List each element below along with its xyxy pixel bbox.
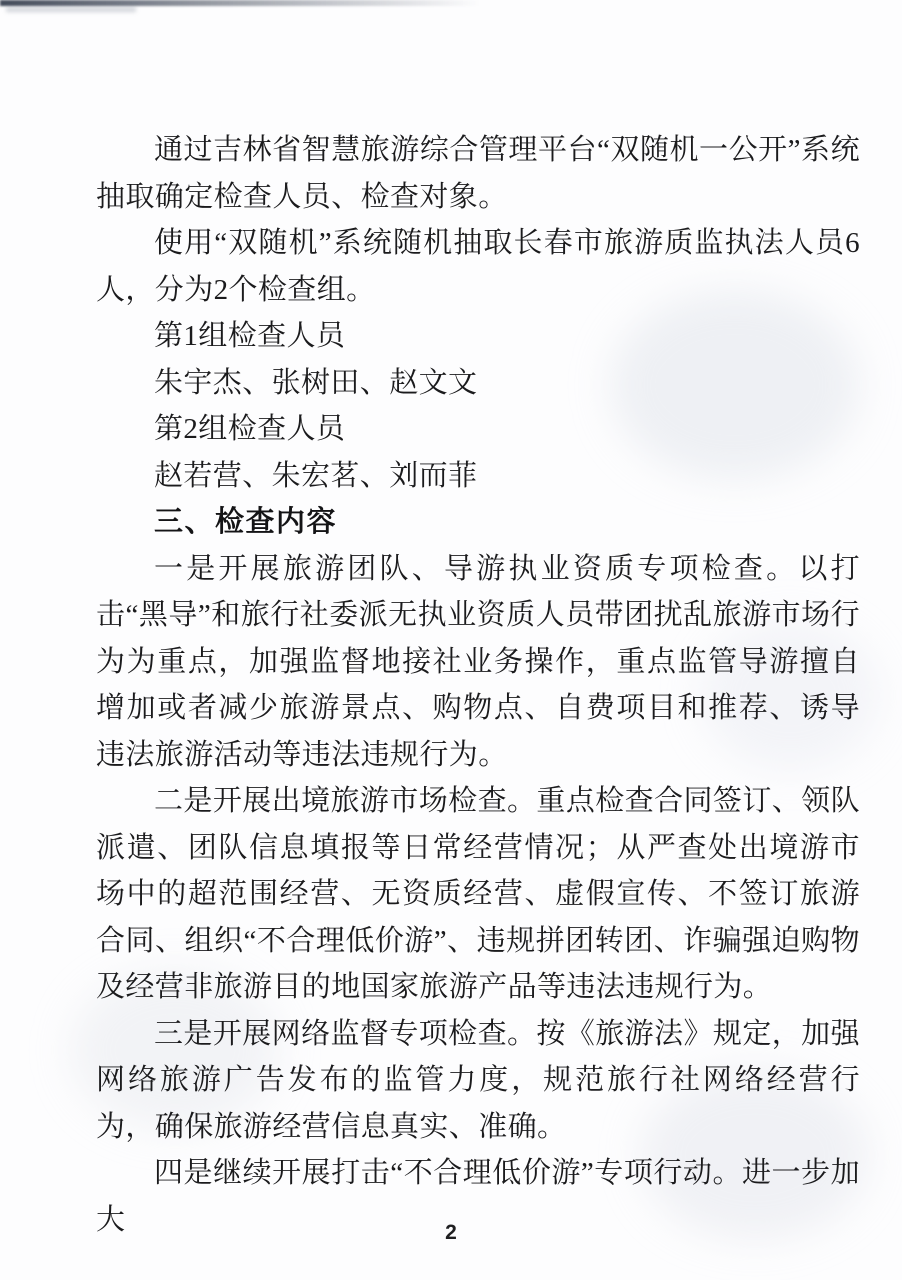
- group2-label: 第2组检查人员: [96, 406, 860, 453]
- section-heading-inspection-content: 三、检查内容: [96, 499, 860, 546]
- group1-members: 朱宇杰、张树田、赵文文: [96, 360, 860, 407]
- scan-artifact-top-edge: [0, 0, 480, 6]
- paragraph-item-1-guide-qualification: 一是开展旅游团队、导游执业资质专项检查。以打击“黑导”和旅行社委派无执业资质人员…: [96, 546, 860, 779]
- group2-members: 赵若营、朱宏茗、刘而菲: [96, 453, 860, 500]
- group1-label: 第1组检查人员: [96, 313, 860, 360]
- page-number: 2: [0, 1221, 902, 1245]
- document-page: 通过吉林省智慧旅游综合管理平台“双随机一公开”系统抽取确定检查人员、检查对象。 …: [0, 0, 902, 1280]
- scan-artifact-top-smudge: [6, 7, 136, 12]
- paragraph-item-3-online-supervision: 三是开展网络监督专项检查。按《旅游法》规定，加强网络旅游广告发布的监管力度，规范…: [96, 1011, 860, 1151]
- paragraph-inspector-selection: 使用“双随机”系统随机抽取长春市旅游质监执法人员6人，分为2个检查组。: [96, 220, 860, 313]
- paragraph-item-2-outbound-market: 二是开展出境旅游市场检查。重点检查合同签订、领队派遣、团队信息填报等日常经营情况…: [96, 778, 860, 1011]
- paragraph-random-selection-platform: 通过吉林省智慧旅游综合管理平台“双随机一公开”系统抽取确定检查人员、检查对象。: [96, 127, 860, 220]
- text-body: 通过吉林省智慧旅游综合管理平台“双随机一公开”系统抽取确定检查人员、检查对象。 …: [96, 127, 860, 1243]
